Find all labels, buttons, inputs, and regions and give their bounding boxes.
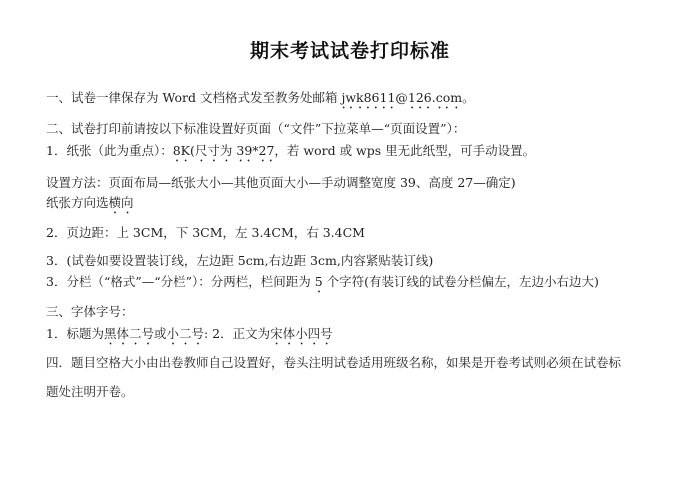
text: 一、试卷一律保存为 Word 文档格式发至教务处邮箱: [46, 90, 341, 105]
document-page: 期末考试试卷打印标准 一、试卷一律保存为 Word 文档格式发至教务处邮箱 jw…: [0, 0, 700, 492]
text: : 2．正文为: [204, 326, 270, 341]
section-4-line-1: 四．题目空格大小由出卷教师自己设置好，卷头注明试卷适用班级名称，如果是开卷考试则…: [46, 353, 621, 371]
text: 1．纸张（此为重点）：: [46, 143, 173, 158]
section-1-email-line: 一、试卷一律保存为 Word 文档格式发至教务处邮箱 jwk8611@126.c…: [46, 88, 475, 112]
text: 。: [462, 90, 475, 105]
font-size-line: 1．标题为黑体二号或小二号: 2．正文为宋体小四号: [46, 324, 333, 348]
text: 或: [154, 326, 167, 341]
text: 纸张方向选: [46, 195, 109, 210]
paper-size-emphasis: 8K(尺寸为 39*27: [173, 143, 275, 158]
title-size-emphasis: 小二号: [166, 326, 204, 341]
email-address: jwk8611@126.com: [341, 90, 462, 105]
orientation-emphasis: 横向: [109, 195, 134, 210]
section-4-line-2: 题处注明开卷。: [46, 382, 134, 400]
setup-method-line: 设置方法：页面布局—纸张大小—其他页面大小—手动调整宽度 39、高度 27—确定…: [46, 173, 516, 191]
orientation-line: 纸张方向选横向: [46, 193, 134, 217]
text: 个字符(有装订线的试卷分栏偏左，左边小右边大): [323, 274, 599, 289]
columns-line: 3．分栏（“格式”—“分栏”）：分两栏，栏间距为 5 个字符(有装订线的试卷分栏…: [46, 272, 599, 296]
section-3-heading: 三、字体字号：: [46, 302, 134, 320]
section-2-heading: 二、试卷打印前请按以下标准设置好页面（“文件”下拉菜单—“页面设置”）：: [46, 119, 465, 137]
text: 1．标题为: [46, 326, 104, 341]
margins-line: 2．页边距：上 3CM，下 3CM，左 3.4CM，右 3.4CM: [46, 223, 365, 241]
body-font-emphasis: 宋体小四号: [270, 326, 333, 341]
text: ，若 word 或 wps 里无此纸型，可手动设置。: [274, 143, 535, 158]
text: 3．分栏（“格式”—“分栏”）：分两栏，栏间距为: [46, 274, 315, 289]
binding-line: 3．(试卷如要设置装订线，左边距 5cm,右边距 3cm,内容紧贴装订线): [46, 251, 433, 269]
document-title: 期末考试试卷打印标准: [0, 36, 700, 63]
paper-size-line: 1．纸张（此为重点）：8K(尺寸为 39*27，若 word 或 wps 里无此…: [46, 141, 535, 165]
title-font-emphasis: 黑体二号: [104, 326, 154, 341]
column-gap-emphasis: 5: [315, 274, 323, 289]
